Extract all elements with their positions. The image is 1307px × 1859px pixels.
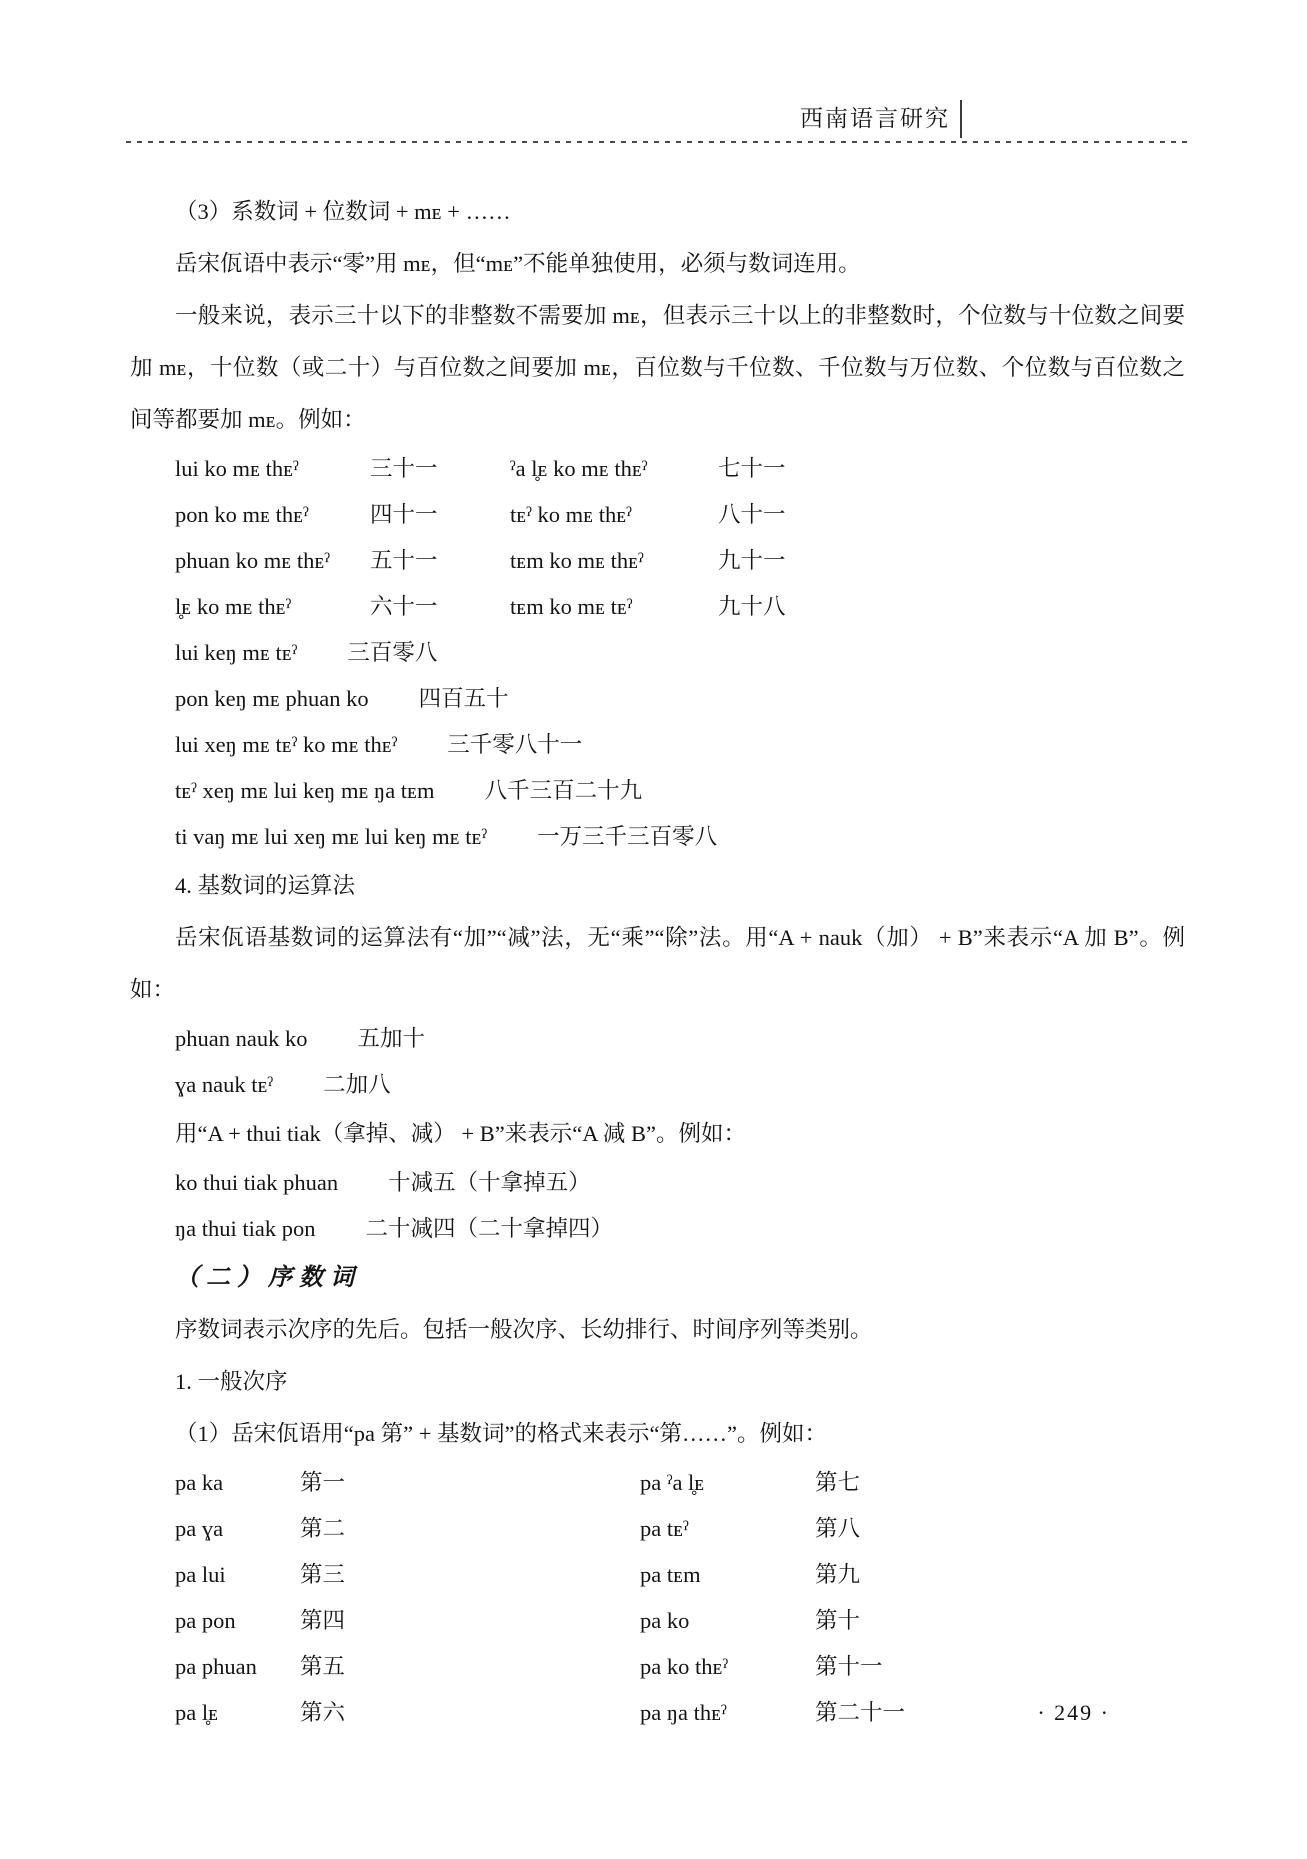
wa-term: tᴇˀ xeŋ mᴇ lui keŋ mᴇ ŋa tᴇm — [175, 768, 435, 814]
chinese-gloss: 八千三百二十九 — [485, 768, 643, 814]
example-row: lui ko mᴇ thᴇˀ 三十一 ˀa l̥ᴇ ko mᴇ thᴇˀ 七十一 — [130, 446, 1185, 492]
chinese-gloss: 第十一 — [815, 1644, 1185, 1690]
running-head: 西南语言研究 — [0, 0, 1307, 138]
wa-term: l̥ᴇ ko mᴇ thᴇˀ — [175, 584, 370, 630]
wa-term: lui keŋ mᴇ tᴇˀ — [175, 630, 297, 676]
wa-term: pa ˀa l̥ᴇ — [640, 1460, 815, 1506]
ordinal-row: pa pon 第四 pa ko 第十 — [130, 1598, 1185, 1644]
wa-term: phuan nauk ko — [175, 1016, 307, 1062]
dashed-divider — [126, 141, 1189, 143]
wa-term: ko thui tiak phuan — [175, 1160, 338, 1206]
chinese-gloss: 第五 — [300, 1644, 640, 1690]
wa-term: lui ko mᴇ thᴇˀ — [175, 446, 370, 492]
example-row: l̥ᴇ ko mᴇ thᴇˀ 六十一 tᴇm ko mᴇ tᴇˀ 九十八 — [130, 584, 1185, 630]
ordinal-row: pa l̥ᴇ 第六 pa ŋa thᴇˀ 第二十一 — [130, 1690, 1185, 1736]
chinese-gloss: 九十八 — [718, 584, 1185, 630]
wa-term: pon ko mᴇ thᴇˀ — [175, 492, 370, 538]
chinese-gloss: 第二十一 — [815, 1690, 1185, 1736]
chinese-gloss: 第七 — [815, 1460, 1185, 1506]
wa-term: pa lui — [175, 1552, 300, 1598]
example-row: tᴇˀ xeŋ mᴇ lui keŋ mᴇ ŋa tᴇm 八千三百二十九 — [130, 768, 1185, 814]
chinese-gloss: 第一 — [300, 1460, 640, 1506]
journal-title: 西南语言研究 — [800, 100, 962, 138]
chinese-gloss: 三十一 — [370, 446, 510, 492]
chinese-gloss: 第九 — [815, 1552, 1185, 1598]
example-row: ŋa thui tiak pon 二十减四（二十拿掉四） — [130, 1206, 1185, 1252]
chinese-gloss: 九十一 — [718, 538, 1185, 584]
example-row: lui xeŋ mᴇ tᴇˀ ko mᴇ thᴇˀ 三千零八十一 — [130, 722, 1185, 768]
chinese-gloss: 二加八 — [323, 1062, 391, 1108]
ordinal-row: pa phuan 第五 pa ko thᴇˀ 第十一 — [130, 1644, 1185, 1690]
ordinal-row: pa ɣa 第二 pa tᴇˀ 第八 — [130, 1506, 1185, 1552]
example-row: ko thui tiak phuan 十减五（十拿掉五） — [130, 1160, 1185, 1206]
para-subtraction-rule: 用“A + thui tiak（拿掉、减） + B”来表示“A 减 B”。例如： — [130, 1108, 1185, 1160]
wa-term: pon keŋ mᴇ phuan ko — [175, 676, 369, 722]
chinese-gloss: 二十减四（二十拿掉四） — [365, 1206, 613, 1252]
chinese-gloss: 三百零八 — [347, 630, 437, 676]
wa-term: pa tᴇm — [640, 1552, 815, 1598]
section-heading-ordinals: （二）序数词 — [130, 1252, 1185, 1304]
example-row: ti vaŋ mᴇ lui xeŋ mᴇ lui keŋ mᴇ tᴇˀ 一万三千… — [130, 814, 1185, 860]
wa-term: pa tᴇˀ — [640, 1506, 815, 1552]
chinese-gloss: 四十一 — [370, 492, 510, 538]
chinese-gloss: 第三 — [300, 1552, 640, 1598]
para-pa-pattern: （1）岳宋佤语用“pa 第” + 基数词”的格式来表示“第……”。例如： — [130, 1408, 1185, 1460]
chinese-gloss: 十减五（十拿掉五） — [388, 1160, 591, 1206]
chinese-gloss: 第六 — [300, 1690, 640, 1736]
ordinal-row: pa ka 第一 pa ˀa l̥ᴇ 第七 — [130, 1460, 1185, 1506]
wa-term: phuan ko mᴇ thᴇˀ — [175, 538, 370, 584]
example-row: pon keŋ mᴇ phuan ko 四百五十 — [130, 676, 1185, 722]
wa-term: ˀa l̥ᴇ ko mᴇ thᴇˀ — [510, 446, 718, 492]
page-number: · 249 · — [1037, 1700, 1110, 1726]
page-header: 西南语言研究 — [0, 0, 1307, 143]
chinese-gloss: 第十 — [815, 1598, 1185, 1644]
chinese-gloss: 八十一 — [718, 492, 1185, 538]
chinese-gloss: 一万三千三百零八 — [537, 814, 717, 860]
chinese-gloss: 七十一 — [718, 446, 1185, 492]
wa-term: pa phuan — [175, 1644, 300, 1690]
chinese-gloss: 三千零八十一 — [447, 722, 582, 768]
chinese-gloss: 六十一 — [370, 584, 510, 630]
example-row: phuan nauk ko 五加十 — [130, 1016, 1185, 1062]
heading-pattern-3: （3）系数词 + 位数词 + mᴇ + …… — [130, 186, 1185, 238]
wa-term: ɣa nauk tᴇˀ — [175, 1062, 273, 1108]
wa-term: pa ka — [175, 1460, 300, 1506]
wa-term: pa ko thᴇˀ — [640, 1644, 815, 1690]
wa-term: pa ŋa thᴇˀ — [640, 1690, 815, 1736]
chinese-gloss: 第二 — [300, 1506, 640, 1552]
para-ordinal-intro: 序数词表示次序的先后。包括一般次序、长幼排行、时间序列等类别。 — [130, 1304, 1185, 1356]
book-page: 西南语言研究 （3）系数词 + 位数词 + mᴇ + …… 岳宋佤语中表示“零”… — [0, 0, 1307, 1859]
para-zero-usage: 岳宋佤语中表示“零”用 mᴇ，但“mᴇ”不能单独使用，必须与数词连用。 — [130, 238, 1185, 290]
page-body: （3）系数词 + 位数词 + mᴇ + …… 岳宋佤语中表示“零”用 mᴇ，但“… — [130, 186, 1185, 1736]
wa-term: pa l̥ᴇ — [175, 1690, 300, 1736]
subheading-general-order: 1. 一般次序 — [130, 1356, 1185, 1408]
example-row: phuan ko mᴇ thᴇˀ 五十一 tᴇm ko mᴇ thᴇˀ 九十一 — [130, 538, 1185, 584]
wa-term: tᴇˀ ko mᴇ thᴇˀ — [510, 492, 718, 538]
wa-term: pa ɣa — [175, 1506, 300, 1552]
wa-term: pa ko — [640, 1598, 815, 1644]
heading-arithmetic: 4. 基数词的运算法 — [130, 860, 1185, 912]
wa-term: ŋa thui tiak pon — [175, 1206, 315, 1252]
wa-term: tᴇm ko mᴇ thᴇˀ — [510, 538, 718, 584]
example-row: pon ko mᴇ thᴇˀ 四十一 tᴇˀ ko mᴇ thᴇˀ 八十一 — [130, 492, 1185, 538]
chinese-gloss: 第八 — [815, 1506, 1185, 1552]
chinese-gloss: 四百五十 — [419, 676, 509, 722]
para-addition-rule: 岳宋佤语基数词的运算法有“加”“减”法，无“乘”“除”法。用“A + nauk（… — [130, 912, 1185, 1016]
wa-term: ti vaŋ mᴇ lui xeŋ mᴇ lui keŋ mᴇ tᴇˀ — [175, 814, 487, 860]
example-row: lui keŋ mᴇ tᴇˀ 三百零八 — [130, 630, 1185, 676]
wa-term: pa pon — [175, 1598, 300, 1644]
ordinal-row: pa lui 第三 pa tᴇm 第九 — [130, 1552, 1185, 1598]
chinese-gloss: 第四 — [300, 1598, 640, 1644]
chinese-gloss: 五加十 — [357, 1016, 425, 1062]
wa-term: tᴇm ko mᴇ tᴇˀ — [510, 584, 718, 630]
example-row: ɣa nauk tᴇˀ 二加八 — [130, 1062, 1185, 1108]
wa-term: lui xeŋ mᴇ tᴇˀ ko mᴇ thᴇˀ — [175, 722, 397, 768]
para-me-rule: 一般来说，表示三十以下的非整数不需要加 mᴇ，但表示三十以上的非整数时，个位数与… — [130, 290, 1185, 446]
chinese-gloss: 五十一 — [370, 538, 510, 584]
